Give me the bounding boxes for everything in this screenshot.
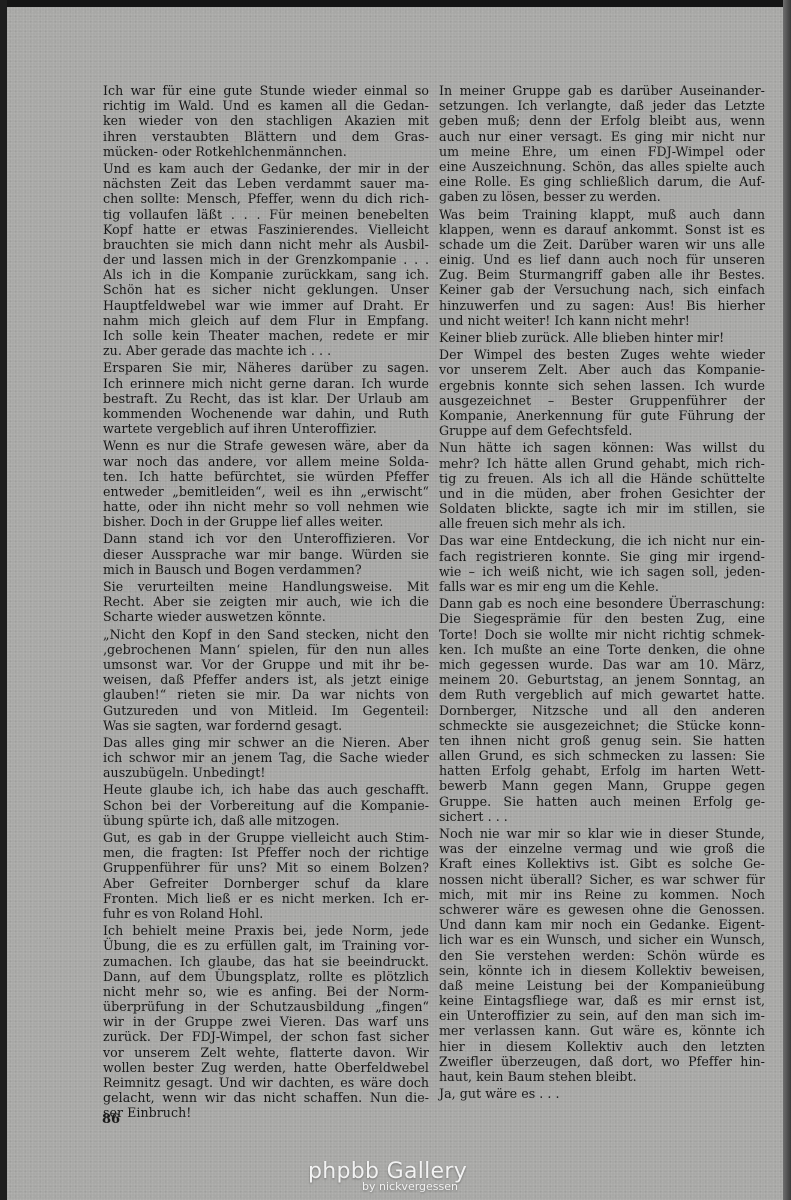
text-line: übung spürte ich, daß alle mitzogen. [103, 813, 429, 828]
text-line: Ich erinnere mich nicht gerne daran. Ich… [103, 376, 429, 391]
text-line: Zweifler überzeugen, daß dort, wo Pfeffe… [439, 1054, 765, 1069]
text-line: Dornberger, Nitzsche und all den anderen [439, 703, 765, 718]
text-line: Gruppe auf dem Gefechtsfeld. [439, 423, 765, 438]
text-line: wartete vergeblich auf ihren Unteroffizi… [103, 421, 429, 436]
text-line: Der Wimpel des besten Zuges wehte wieder [439, 347, 765, 362]
paragraph: Ersparen Sie mir, Näheres darüber zu sag… [103, 360, 429, 436]
text-line: haut, kein Baum stehen bleibt. [439, 1069, 765, 1084]
paragraph: Dann stand ich vor den Unteroffizieren. … [103, 531, 429, 577]
text-line: klappen, wenn es darauf ankommt. Sonst i… [439, 222, 765, 237]
text-line: In meiner Gruppe gab es darüber Auseinan… [439, 83, 765, 98]
text-line: Dann, auf dem Übungsplatz, rollte es plö… [103, 969, 429, 984]
text-line: fach registrieren konnte. Sie ging mir i… [439, 549, 765, 564]
text-line: der und lassen mich in der Grenzkompanie… [103, 252, 429, 267]
text-line: und nicht weiter! Ich kann nicht mehr! [439, 313, 765, 328]
text-line: Noch nie war mir so klar wie in dieser S… [439, 826, 765, 841]
text-line: mich in Bausch und Bogen verdammen? [103, 562, 429, 577]
paragraph: Ich behielt meine Praxis bei, jede Norm,… [103, 923, 429, 1120]
text-line: hier in diesem Kollektiv auch den letzte… [439, 1039, 765, 1054]
text-line: eine Rolle. Es ging schließlich darum, d… [439, 174, 765, 189]
text-line: sein, könnte ich in diesem Kollektiv bew… [439, 963, 765, 978]
text-line: Und dann kam mir noch ein Gedanke. Eigen… [439, 917, 765, 932]
text-line: Was sie sagten, war fordernd gesagt. [103, 718, 429, 733]
text-line: keine Eintagsfliege war, daß es mir erns… [439, 993, 765, 1008]
paragraph: Was beim Training klappt, muß auch dannk… [439, 207, 765, 329]
text-line: meinem 20. Geburtstag, an jenem Sonntag,… [439, 672, 765, 687]
text-line: gaben zu lösen, besser zu werden. [439, 189, 765, 204]
text-line: wir in der Gruppe zwei Vieren. Das warf … [103, 1014, 429, 1029]
text-line: Und es kam auch der Gedanke, der mir in … [103, 161, 429, 176]
text-line: Hauptfeldwebel war wie immer auf Draht. … [103, 298, 429, 313]
page-number: 86 [102, 1112, 120, 1127]
text-line: ken. Ich mußte an eine Torte denken, die… [439, 642, 765, 657]
text-line: dem Ruth vergeblich auf mich gewartet ha… [439, 687, 765, 702]
paragraph: Sie verurteilten meine Handlungsweise. M… [103, 579, 429, 625]
paragraph: Wenn es nur die Strafe gewesen wäre, abe… [103, 438, 429, 529]
text-line: Dann stand ich vor den Unteroffizieren. … [103, 531, 429, 546]
text-line: mich gegessen wurde. Das war am 10. März… [439, 657, 765, 672]
text-line: schwerer wäre es gewesen ohne die Genoss… [439, 902, 765, 917]
text-line: schade um die Zeit. Darüber waren wir un… [439, 237, 765, 252]
text-line: vor unserem Zelt. Aber auch das Kompanie… [439, 362, 765, 377]
text-line: war noch das andere, vor allem meine Sol… [103, 454, 429, 469]
text-line: men, die fragten: Ist Pfeffer noch der r… [103, 845, 429, 860]
text-line: Kompanie, Anerkennung für gute Führung d… [439, 408, 765, 423]
text-line: fuhr es von Roland Hohl. [103, 906, 429, 921]
text-line: alle freuen sich mehr als ich. [439, 516, 765, 531]
paragraph: Gut, es gab in der Gruppe vielleicht auc… [103, 830, 429, 921]
paragraph: Der Wimpel des besten Zuges wehte wieder… [439, 347, 765, 438]
paragraph: Und es kam auch der Gedanke, der mir in … [103, 161, 429, 358]
text-line: Ich war für eine gute Stunde wieder einm… [103, 83, 429, 98]
text-column-left: Ich war für eine gute Stunde wieder einm… [103, 83, 429, 1123]
text-line: entweder „bemitleiden“, weil es ihn „erw… [103, 484, 429, 499]
text-line: ein Unteroffizier zu sein, auf den man s… [439, 1008, 765, 1023]
text-line: ser Einbruch! [103, 1105, 429, 1120]
text-line: bestraft. Zu Recht, das ist klar. Der Ur… [103, 391, 429, 406]
text-line: zurück. Der FDJ-Wimpel, der schon fast s… [103, 1029, 429, 1044]
text-line: daß meine Leistung bei der Kompanieübung [439, 978, 765, 993]
paragraph: Noch nie war mir so klar wie in dieser S… [439, 826, 765, 1084]
text-line: Das alles ging mir schwer an die Nieren.… [103, 735, 429, 750]
text-line: mer verlassen kann. Gut wäre es, könnte … [439, 1023, 765, 1038]
text-line: Dann gab es noch eine besondere Überrasc… [439, 596, 765, 611]
text-line: Zug. Beim Sturmangriff gaben alle ihr Be… [439, 267, 765, 282]
paragraph: Ich war für eine gute Stunde wieder einm… [103, 83, 429, 159]
text-line: ten. Ich hatte befürchtet, sie würden Pf… [103, 469, 429, 484]
text-line: ken wieder von den stachligen Akazien mi… [103, 113, 429, 128]
text-line: Torte! Doch sie wollte mir nicht richtig… [439, 627, 765, 642]
paragraph: Nun hätte ich sagen können: Was willst d… [439, 440, 765, 531]
text-line: Ich behielt meine Praxis bei, jede Norm,… [103, 923, 429, 938]
text-line: Ich solle kein Theater machen, redete er… [103, 328, 429, 343]
text-line: Als ich in die Kompanie zurückkam, sang … [103, 267, 429, 282]
page-left-edge [0, 0, 7, 1200]
text-line: hatte, oder ihn nicht mehr so voll nehme… [103, 499, 429, 514]
text-line: Schon bei der Vorbereitung auf die Kompa… [103, 798, 429, 813]
text-line: vor unserem Zelt wehte, flatterte davon.… [103, 1045, 429, 1060]
paragraph: Das war eine Entdeckung, die ich nicht n… [439, 533, 765, 594]
text-line: ‚gebrochenen Mann‘ spielen, für den nun … [103, 642, 429, 657]
text-line: Nun hätte ich sagen können: Was willst d… [439, 440, 765, 455]
text-line: ten ihnen nicht groß genug sein. Sie hat… [439, 733, 765, 748]
text-line: glauben!“ rieten sie mir. Da war nichts … [103, 687, 429, 702]
text-line: Keiner gab der Versuchung nach, sich ein… [439, 282, 765, 297]
text-line: Soldaten blickte, sagte ich mir im still… [439, 501, 765, 516]
text-line: zumachen. Ich glaube, das hat sie beeind… [103, 954, 429, 969]
text-line: Was beim Training klappt, muß auch dann [439, 207, 765, 222]
text-line: geben muß; denn der Erfolg bleibt aus, w… [439, 113, 765, 128]
text-line: Die Siegesprämie für den besten Zug, ein… [439, 611, 765, 626]
text-line: falls war es mir eng um die Kehle. [439, 579, 765, 594]
text-line: und in die müden, aber frohen Gesichter … [439, 486, 765, 501]
text-line: auch nur einer versagt. Es ging mir nich… [439, 129, 765, 144]
text-line: den Sie verstehen werden: Schön würde es [439, 948, 765, 963]
text-line: tig vollaufen läßt . . . Für meinen bene… [103, 207, 429, 222]
text-line: Kraft eines Kollektivs ist. Gibt es solc… [439, 856, 765, 871]
text-line: hinzuwerfen und zu sagen: Aus! Bis hierh… [439, 298, 765, 313]
text-line: gelacht, wenn wir das nicht schaffen. Nu… [103, 1090, 429, 1105]
text-line: Kopf hatte er etwas Faszinierendes. Viel… [103, 222, 429, 237]
text-line: ergebnis konnte sich sehen lassen. Ich w… [439, 378, 765, 393]
text-line: nächsten Zeit das Leben verdammt sauer m… [103, 176, 429, 191]
text-line: Fronten. Mich ließ er es nicht merken. I… [103, 891, 429, 906]
text-line: Gruppenführer für uns? Mit so einem Bolz… [103, 860, 429, 875]
text-line: Heute glaube ich, ich habe das auch gesc… [103, 782, 429, 797]
text-line: Ja, gut wäre es . . . [439, 1086, 765, 1101]
paragraph: In meiner Gruppe gab es darüber Auseinan… [439, 83, 765, 205]
text-line: Scharte wieder auswetzen könnte. [103, 609, 429, 624]
text-line: ihren verstaubten Blättern und dem Gras- [103, 129, 429, 144]
text-line: hatten Erfolg gehabt, Erfolg im harten W… [439, 763, 765, 778]
text-line: ausgezeichnet – Bester Gruppenführer der [439, 393, 765, 408]
text-line: Schön hat es sicher nicht geklungen. Uns… [103, 282, 429, 297]
text-line: allen Grund, es sich schmecken zu lassen… [439, 748, 765, 763]
text-line: „Nicht den Kopf in den Sand stecken, nic… [103, 627, 429, 642]
text-line: bisher. Doch in der Gruppe lief alles we… [103, 514, 429, 529]
text-column-right: In meiner Gruppe gab es darüber Auseinan… [439, 83, 765, 1103]
watermark-credit: by nickvergessen [362, 1181, 467, 1193]
text-line: nossen nicht überall? Sicher, es war sch… [439, 872, 765, 887]
text-line: sichert . . . [439, 809, 765, 824]
text-line: Sie verurteilten meine Handlungsweise. M… [103, 579, 429, 594]
text-line: einig. Und es lief dann auch noch für un… [439, 252, 765, 267]
text-line: kommenden Wochenende war dahin, und Ruth [103, 406, 429, 421]
text-line: was der einzelne vermag und wie groß die [439, 841, 765, 856]
text-line: Gruppe. Sie hatten auch meinen Erfolg ge… [439, 794, 765, 809]
text-line: Gut, es gab in der Gruppe vielleicht auc… [103, 830, 429, 845]
paragraph: Dann gab es noch eine besondere Überrasc… [439, 596, 765, 824]
text-line: setzungen. Ich verlangte, daß jeder das … [439, 98, 765, 113]
page-top-edge [0, 0, 791, 7]
text-line: Gutzureden und von Mitleid. Im Gegenteil… [103, 703, 429, 718]
text-line: wollen bester Zug werden, hatte Oberfeld… [103, 1060, 429, 1075]
text-line: nahm mich gleich auf dem Flur in Empfang… [103, 313, 429, 328]
text-line: chen sollte: Mensch, Pfeffer, wenn du di… [103, 191, 429, 206]
text-line: Recht. Aber sie zeigten mir auch, wie ic… [103, 594, 429, 609]
paragraph: Keiner blieb zurück. Alle blieben hinter… [439, 330, 765, 345]
text-line: mücken- oder Rotkehlchenmännchen. [103, 144, 429, 159]
text-line: Ersparen Sie mir, Näheres darüber zu sag… [103, 360, 429, 375]
text-line: nicht mehr so, wie es anfing. Bei der No… [103, 984, 429, 999]
text-line: weisen, daß Pfeffer anders ist, als jetz… [103, 672, 429, 687]
text-line: Übung, die es zu erfüllen galt, im Train… [103, 938, 429, 953]
text-line: lich war es ein Wunsch, und sicher ein W… [439, 932, 765, 947]
text-line: um meine Ehre, um einen FDJ-Wimpel oder [439, 144, 765, 159]
text-line: Aber Gefreiter Dornberger schuf da klare [103, 876, 429, 891]
text-line: Das war eine Entdeckung, die ich nicht n… [439, 533, 765, 548]
text-line: mehr? Ich hätte allen Grund gehabt, mich… [439, 456, 765, 471]
page-right-edge [783, 0, 791, 1200]
text-line: brauchten sie mich dann nicht mehr als A… [103, 237, 429, 252]
text-line: zu. Aber gerade das machte ich . . . [103, 343, 429, 358]
paragraph: Ja, gut wäre es . . . [439, 1086, 765, 1101]
text-line: wie – ich weiß nicht, wie ich sagen soll… [439, 564, 765, 579]
text-line: ich schwor mir an jenem Tag, die Sache w… [103, 750, 429, 765]
text-line: Wenn es nur die Strafe gewesen wäre, abe… [103, 438, 429, 453]
text-line: tig zu freuen. Als ich all die Hände sch… [439, 471, 765, 486]
text-line: Reimnitz gesagt. Und wir dachten, es wär… [103, 1075, 429, 1090]
text-line: überprüfung in der Schutzausbildung „fin… [103, 999, 429, 1014]
text-line: eine Auszeichnung. Schön, das alles spie… [439, 159, 765, 174]
text-line: richtig im Wald. Und es kamen all die Ge… [103, 98, 429, 113]
text-line: umsonst war. Vor der Gruppe und mit ihr … [103, 657, 429, 672]
text-line: schmeckte sie ausgezeichnet; die Stücke … [439, 718, 765, 733]
text-line: bewerb Mann gegen Mann, Gruppe gegen [439, 778, 765, 793]
text-line: mich, mit mir ins Reine zu kommen. Noch [439, 887, 765, 902]
paragraph: Heute glaube ich, ich habe das auch gesc… [103, 782, 429, 828]
paragraph: „Nicht den Kopf in den Sand stecken, nic… [103, 627, 429, 733]
text-line: dieser Aussprache war mir bange. Würden … [103, 547, 429, 562]
text-line: Keiner blieb zurück. Alle blieben hinter… [439, 330, 765, 345]
paragraph: Das alles ging mir schwer an die Nieren.… [103, 735, 429, 781]
watermark: phpbb Gallery by nickvergessen [308, 1160, 467, 1193]
text-line: auszubügeln. Unbedingt! [103, 765, 429, 780]
